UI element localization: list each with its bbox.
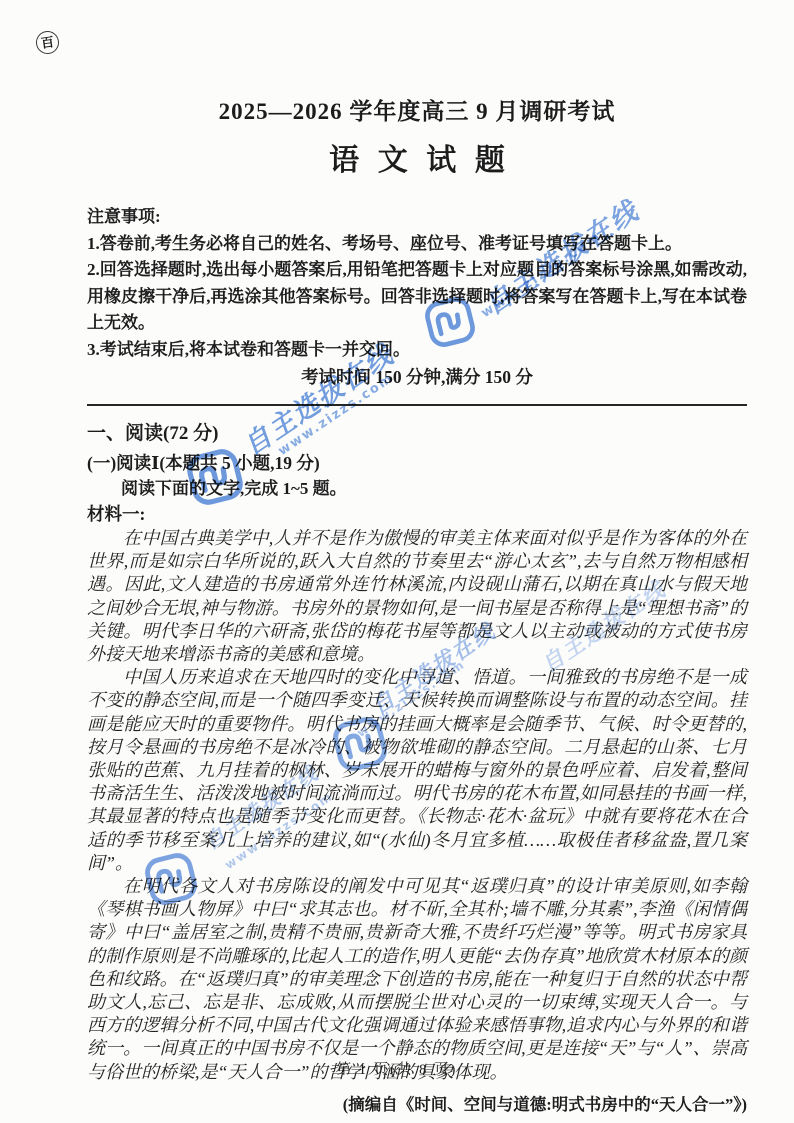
source-attribution: (摘编自《时间、空间与道德:明式书房中的“天人合一”》) xyxy=(87,1091,747,1115)
reading-instruction: 阅读下面的文字,完成 1~5 题。 xyxy=(87,476,747,502)
notice-section: 注意事项: 1.答卷前,考生务必将自己的姓名、考场号、座位号、准考证号填写在答题… xyxy=(87,204,747,363)
divider-rule xyxy=(87,404,747,406)
paper-content: 2025—2026 学年度高三 9 月调研考试 语文试题 注意事项: 1.答卷前… xyxy=(87,0,747,1115)
corner-seal: 百 xyxy=(35,30,61,56)
page-number-footer: 第 1 页(共 8 页) xyxy=(0,1058,794,1079)
exam-title: 2025—2026 学年度高三 9 月调研考试 xyxy=(87,93,747,126)
material-paragraph-2: 中国人历来追求在天地四时的变化中寻道、悟道。一间雅致的书房绝不是一成不变的静态空… xyxy=(87,666,747,875)
material-paragraph-3: 在明代各文人对书房陈设的阐发中可见其“返璞归真”的设计审美原则,如李翰《琴棋书画… xyxy=(87,875,747,1084)
corner-seal-char: 百 xyxy=(40,34,55,51)
section-heading-reading: 一、阅读(72 分) xyxy=(87,421,747,447)
subsection-heading-reading-1: (一)阅读Ⅰ(本题共 5 小题,19 分) xyxy=(87,450,747,476)
notice-item-2: 2.回答选择题时,选出每小题答案后,用铅笔把答题卡上对应题目的答案标号涂黑,如需… xyxy=(87,257,747,337)
exam-paper-page: 自主选拔在线 www.zizzs.com 自主选拔在线 www.zizzs.co… xyxy=(0,0,794,1123)
exam-subject-title: 语文试题 xyxy=(87,135,747,179)
material-1-label: 材料一: xyxy=(87,502,747,527)
notice-heading: 注意事项: xyxy=(87,204,747,231)
exam-time-line: 考试时间 150 分钟,满分 150 分 xyxy=(87,364,747,391)
material-paragraph-1: 在中国古典美学中,人并不是作为傲慢的审美主体来面对似乎是作为客体的外在世界,而是… xyxy=(87,527,747,666)
notice-item-1: 1.答卷前,考生务必将自己的姓名、考场号、座位号、准考证号填写在答题卡上。 xyxy=(87,231,747,258)
notice-item-3: 3.考试结束后,将本试卷和答题卡一并交回。 xyxy=(87,337,747,364)
